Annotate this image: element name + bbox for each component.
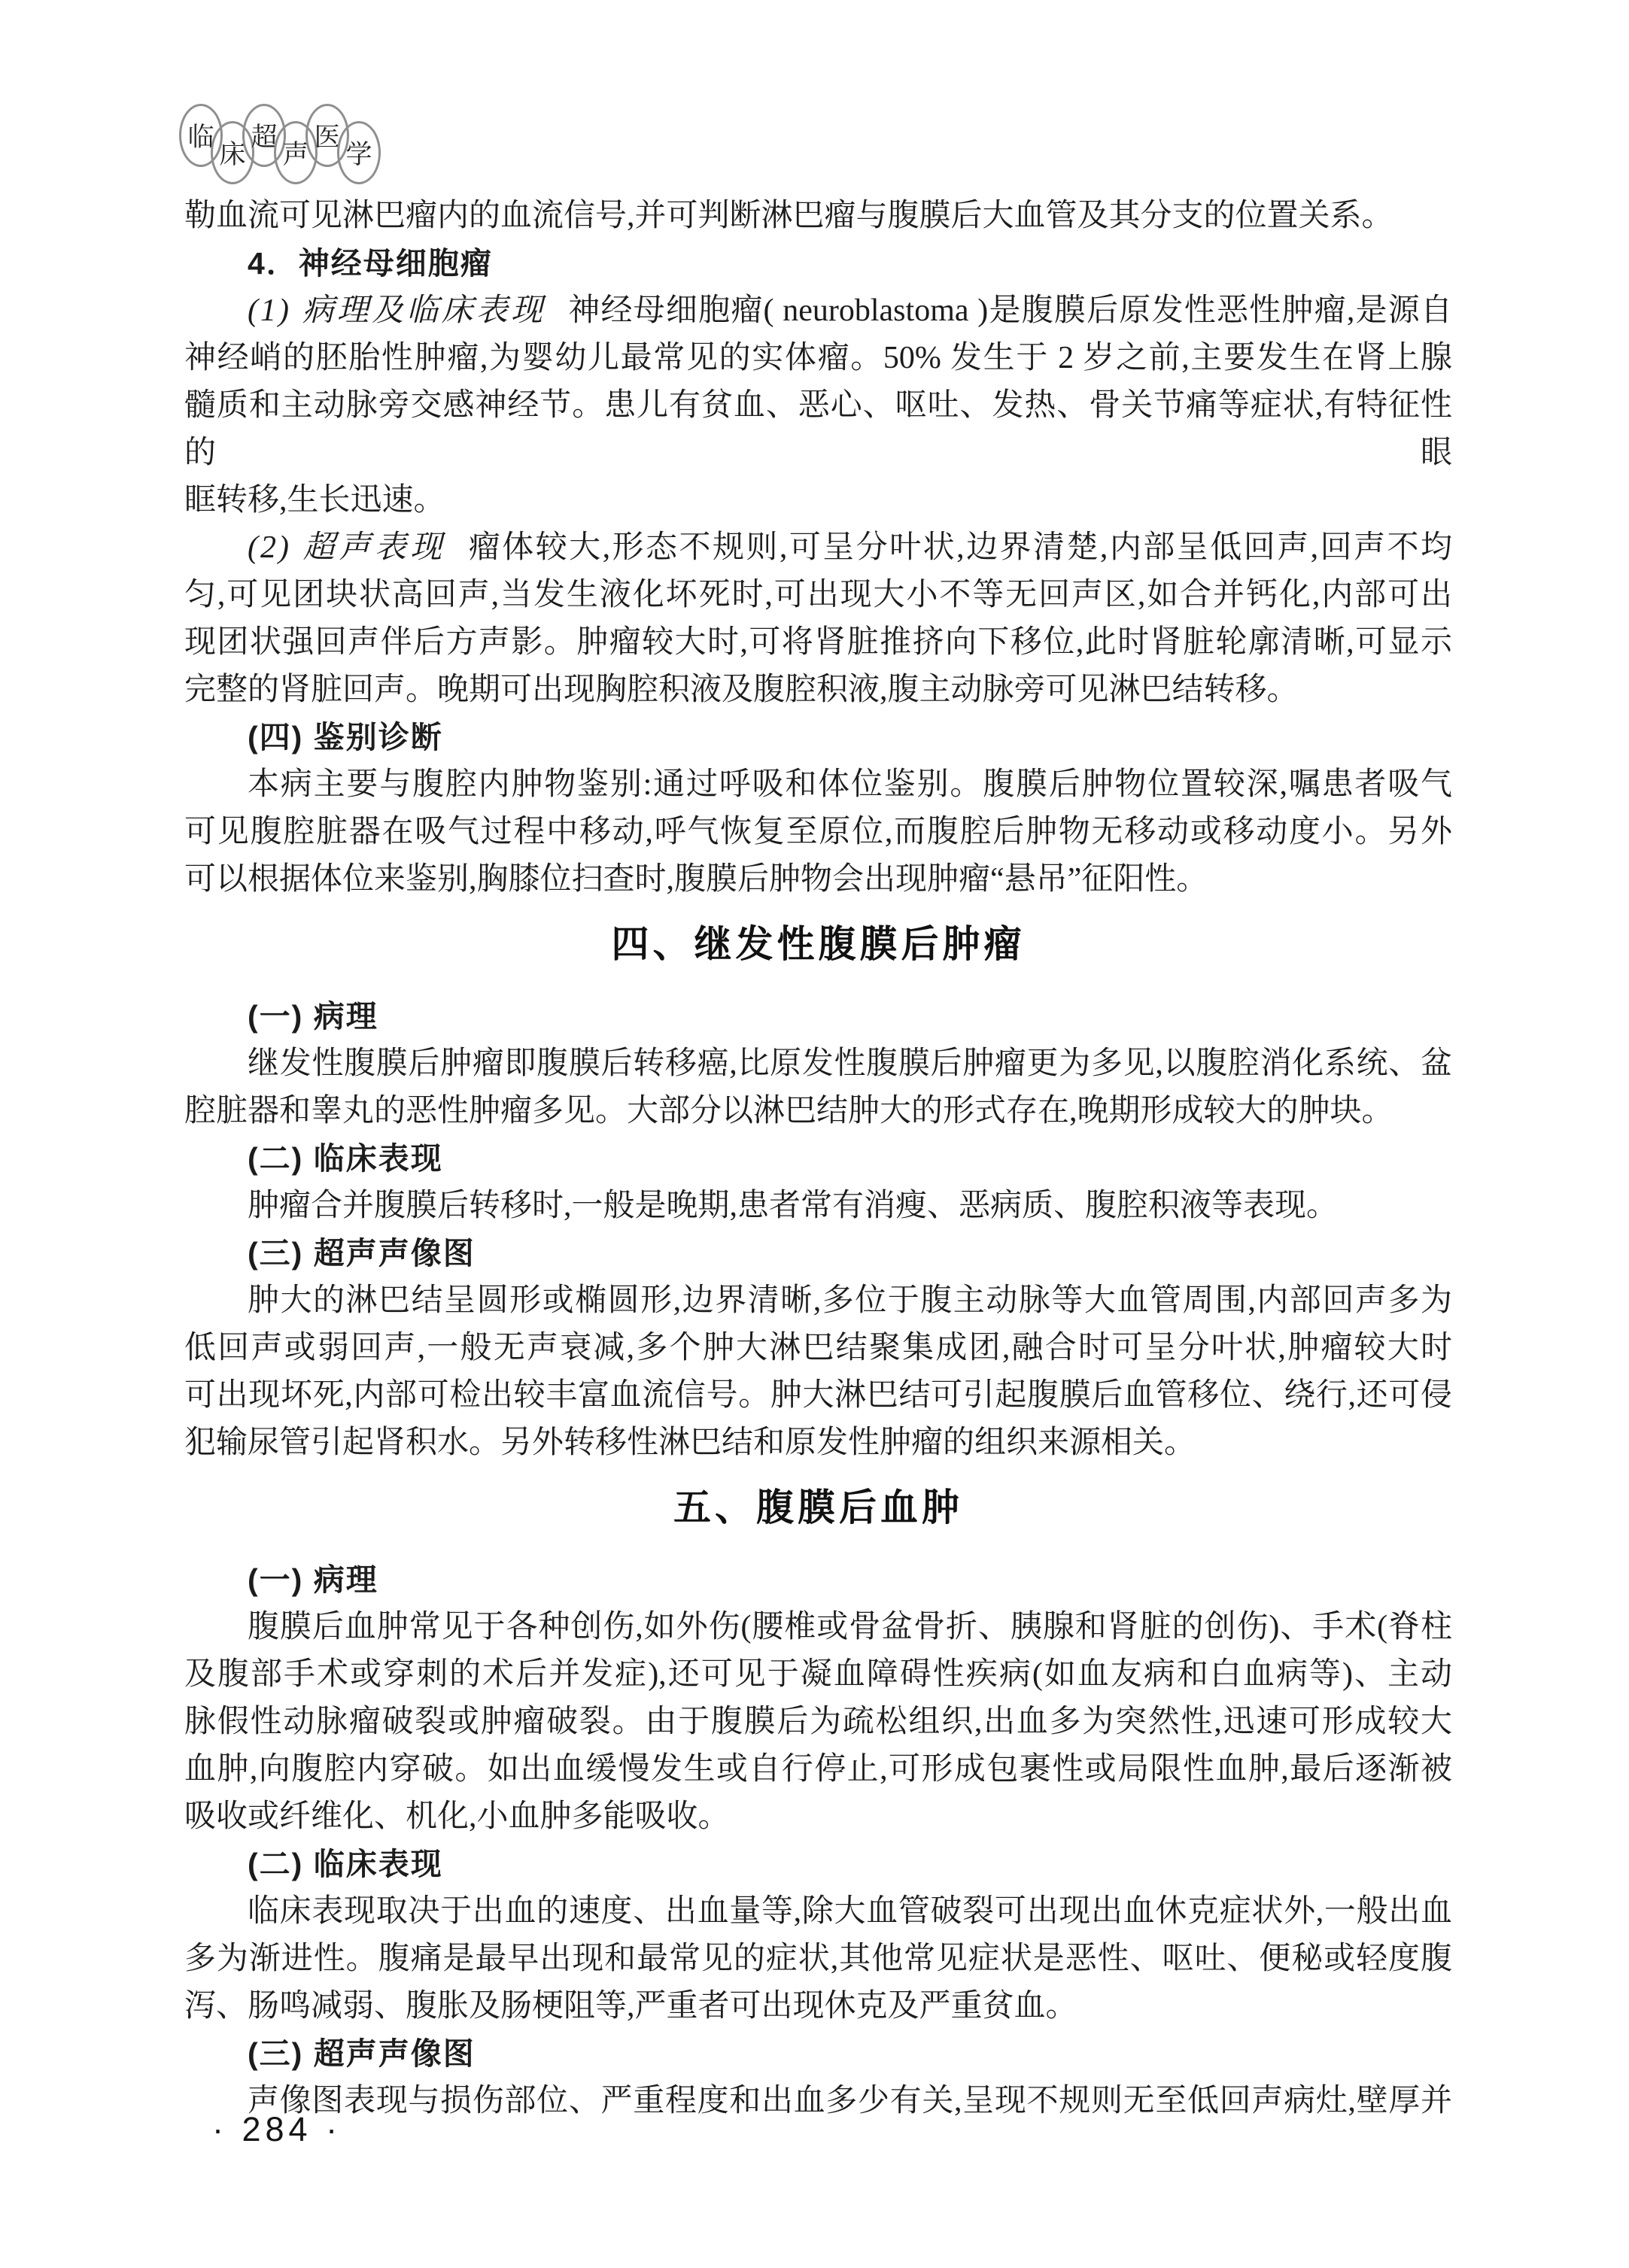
paragraph-first-line: 声像图表现与损伤部位、严重程度和出血多少有关,呈现不规则无至低回声病灶,壁厚并 [184, 2078, 1452, 2125]
text-line: 脉假性动脉瘤破裂或肿瘤破裂。由于腹膜后为疏松组织,出血多为突然性,迅速可形成较大 [184, 1699, 1452, 1746]
text-line: 可见腹腔脏器在吸气过程中移动,呼气恢复至原位,而腹腔后肿物无移动或移动度小。另外 [184, 809, 1452, 856]
subheading: (一) 病理 [184, 1556, 1452, 1604]
paragraph-first-line: 肿瘤合并腹膜后转移时,一般是晚期,患者常有消瘦、恶病质、腹腔积液等表现。 [184, 1183, 1452, 1230]
section-heading: 四、继发性腹膜后肿瘤 [184, 920, 1452, 968]
paragraph-first-line: 腹膜后血肿常见于各种创伤,如外伤(腰椎或骨盆骨折、胰腺和肾脏的创伤)、手术(脊柱 [184, 1604, 1452, 1651]
text-line: 及腹部手术或穿刺的术后并发症),还可见于凝血障碍性疾病(如血友病和白血病等)、主… [184, 1651, 1452, 1699]
text-line: 泻、肠鸣减弱、腹胀及肠梗阻等,严重者可出现休克及严重贫血。 [184, 1983, 1452, 2030]
book-series-logo: 临床超声医学 [179, 104, 387, 181]
text-line: 髓质和主动脉旁交感神经节。患儿有贫血、恶心、呕吐、发热、骨关节痛等症状,有特征性… [184, 382, 1452, 477]
text-line: 多为渐进性。腹痛是最早出现和最常见的症状,其他常见症状是恶性、呕吐、便秘或轻度腹 [184, 1936, 1452, 1983]
numbered-subheading: 4．神经母细胞瘤 [184, 240, 1452, 287]
subheading: (三) 超声声像图 [184, 1230, 1452, 1277]
paragraph-first-line: (2) 超声表现瘤体较大,形态不规则,可呈分叶状,边界清楚,内部呈低回声,回声不… [184, 524, 1452, 572]
text-line: 腔脏器和睾丸的恶性肿瘤多见。大部分以淋巴结肿大的形式存在,晚期形成较大的肿块。 [184, 1088, 1452, 1135]
page-text-block: 勒血流可见淋巴瘤内的血流信号,并可判断淋巴瘤与腹膜后大血管及其分支的位置关系。4… [184, 193, 1452, 2125]
text-line: 神经峭的胚胎性肿瘤,为婴幼儿最常见的实体瘤。50% 发生于 2 岁之前,主要发生… [184, 335, 1452, 382]
text-line: 可出现坏死,内部可检出较丰富血流信号。肿大淋巴结可引起腹膜后血管移位、绕行,还可… [184, 1372, 1452, 1419]
paragraph-first-line: 肿大的淋巴结呈圆形或椭圆形,边界清晰,多位于腹主动脉等大血管周围,内部回声多为 [184, 1277, 1452, 1325]
logo-character-circle: 学 [337, 121, 381, 184]
document-page: 临床超声医学 勒血流可见淋巴瘤内的血流信号,并可判断淋巴瘤与腹膜后大血管及其分支… [0, 0, 1629, 2268]
text-line: 眶转移,生长迅速。 [184, 477, 1452, 524]
kaiti-label: (2) 超声表现 [248, 530, 446, 565]
subheading: (四) 鉴别诊断 [184, 714, 1452, 761]
page-number: · 284 · [212, 2110, 342, 2149]
text-line: 吸收或纤维化、机化,小血肿多能吸收。 [184, 1793, 1452, 1841]
section-heading: 五、腹膜后血肿 [184, 1483, 1452, 1532]
subheading: (三) 超声声像图 [184, 2030, 1452, 2078]
paragraph-first-line: 本病主要与腹腔内肿物鉴别:通过呼吸和体位鉴别。腹膜后肿物位置较深,嘱患者吸气 [184, 761, 1452, 809]
paragraph-first-line: 临床表现取决于出血的速度、出血量等,除大血管破裂可出现出血休克症状外,一般出血 [184, 1888, 1452, 1936]
text-line: 现团状强回声伴后方声影。肿瘤较大时,可将肾脏推挤向下移位,此时肾脏轮廓清晰,可显… [184, 619, 1452, 666]
kaiti-label: (1) 病理及临床表现 [248, 293, 546, 328]
paragraph-first-line: (1) 病理及临床表现神经母细胞瘤( neuroblastoma )是腹膜后原发… [184, 287, 1452, 335]
text-line: 勒血流可见淋巴瘤内的血流信号,并可判断淋巴瘤与腹膜后大血管及其分支的位置关系。 [184, 193, 1452, 240]
subheading: (一) 病理 [184, 993, 1452, 1040]
paragraph-first-line: 继发性腹膜后肿瘤即腹膜后转移癌,比原发性腹膜后肿瘤更为多见,以腹腔消化系统、盆 [184, 1040, 1452, 1088]
text-line: 匀,可见团块状高回声,当发生液化坏死时,可出现大小不等无回声区,如合并钙化,内部… [184, 572, 1452, 619]
line-text: 神经母细胞瘤( neuroblastoma )是腹膜后原发性恶性肿瘤,是源自 [568, 293, 1452, 328]
text-line: 低回声或弱回声,一般无声衰减,多个肿大淋巴结聚集成团,融合时可呈分叶状,肿瘤较大… [184, 1325, 1452, 1372]
text-line: 血肿,向腹腔内穿破。如出血缓慢发生或自行停止,可形成包裹性或局限性血肿,最后逐渐… [184, 1746, 1452, 1793]
subheading: (二) 临床表现 [184, 1135, 1452, 1183]
text-line: 犯输尿管引起肾积水。另外转移性淋巴结和原发性肿瘤的组织来源相关。 [184, 1419, 1452, 1467]
line-text: 瘤体较大,形态不规则,可呈分叶状,边界清楚,内部呈低回声,回声不均 [469, 530, 1452, 565]
text-line: 完整的肾脏回声。晚期可出现胸腔积液及腹腔积液,腹主动脉旁可见淋巴结转移。 [184, 666, 1452, 714]
text-line: 可以根据体位来鉴别,胸膝位扫查时,腹膜后肿物会出现肿瘤“悬吊”征阳性。 [184, 856, 1452, 903]
subheading: (二) 临床表现 [184, 1841, 1452, 1888]
